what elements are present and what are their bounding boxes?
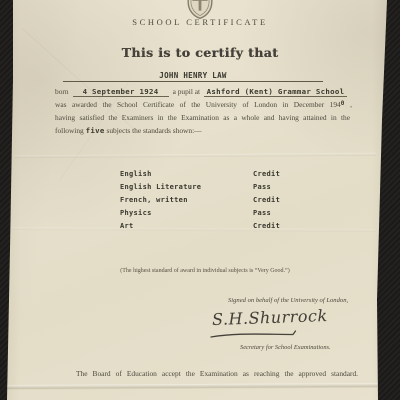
subject-name: English xyxy=(120,170,152,178)
secretary-signature: S.H.Shurrock xyxy=(212,306,328,329)
certificate-paper: SCHOOL CERTIFICATE This is to certify th… xyxy=(0,0,400,400)
birth-school-line: born 4 September 1924 a pupil at Ashford… xyxy=(55,87,347,97)
result-row: Art Credit xyxy=(120,220,300,233)
board-of-education-line: The Board of Education accept the Examin… xyxy=(76,369,358,378)
subject-grade: Credit xyxy=(253,220,280,233)
satisfied-line: having satisfied the Examiners in the Ex… xyxy=(55,113,350,122)
subject-grade: Credit xyxy=(253,194,280,207)
signed-on-behalf-line: Signed on behalf of the University of Lo… xyxy=(228,297,348,304)
subject-name: English Literature xyxy=(120,183,201,191)
subject-name: Physics xyxy=(120,209,152,217)
school-name: Ashford (Kent) Grammar School xyxy=(204,87,347,97)
secretary-title: Secretary for School Examinations. xyxy=(240,344,331,351)
following-line: following five subjects the standards sh… xyxy=(55,126,350,135)
signature-flourish xyxy=(209,330,301,340)
fold-crease xyxy=(7,383,378,390)
born-label: born xyxy=(55,87,69,96)
birth-date: 4 September 1924 xyxy=(73,87,169,97)
pupil-label: a pupil at xyxy=(173,87,201,96)
year-suffix: , xyxy=(345,100,352,109)
subject-name: French, written xyxy=(120,196,188,204)
certify-heading: This is to certify that xyxy=(0,45,400,60)
result-row: English Credit xyxy=(120,168,300,181)
student-name: JOHN HENRY LAW xyxy=(63,70,323,82)
following-post: subjects the standards shown:— xyxy=(106,126,201,135)
subject-name: Art xyxy=(120,222,134,230)
subject-count: five xyxy=(86,126,105,135)
grading-note: (The highest standard of award in indivi… xyxy=(75,268,335,274)
subject-grade: Credit xyxy=(253,168,280,181)
result-row: Physics Pass xyxy=(120,207,300,220)
subject-grade: Pass xyxy=(253,207,271,220)
fold-crease xyxy=(14,153,376,159)
awarded-text: was awarded the School Certificate of th… xyxy=(55,100,324,109)
awarded-line: was awarded the School Certificate of th… xyxy=(55,100,352,109)
year-printed: 194 xyxy=(330,100,341,109)
certificate-title: SCHOOL CERTIFICATE xyxy=(0,17,400,27)
year-typed: 0 xyxy=(341,100,345,107)
subject-grade: Pass xyxy=(253,181,271,194)
result-row: English Literature Pass xyxy=(120,181,300,194)
result-row: French, written Credit xyxy=(120,194,300,207)
following-pre: following xyxy=(55,126,84,135)
certificate-photo: SCHOOL CERTIFICATE This is to certify th… xyxy=(0,0,400,400)
